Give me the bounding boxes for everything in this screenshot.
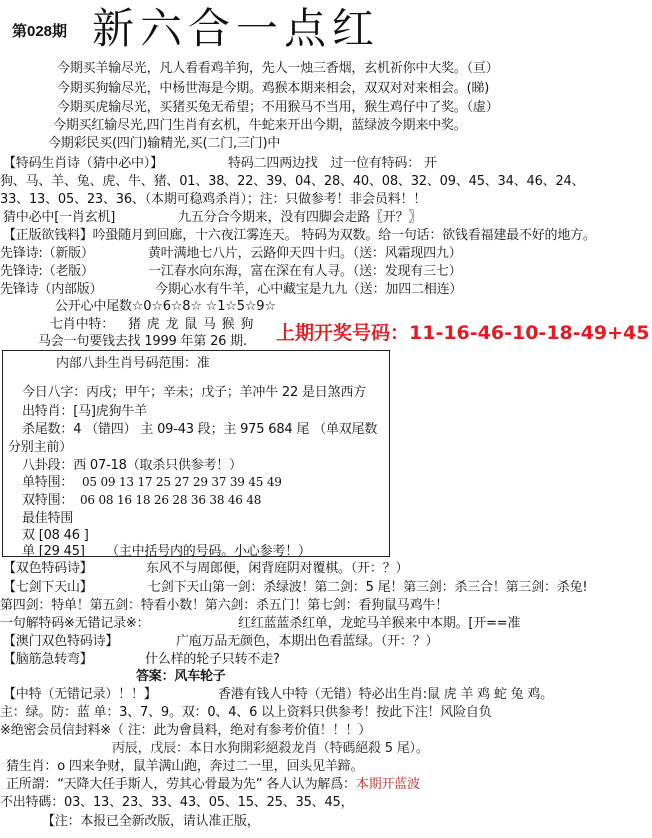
seven-zodiac-label: 七肖中特：	[50, 316, 114, 333]
xianfeng-label: 先锋诗（内部版）	[0, 281, 102, 298]
intro-poem-line: 今期彩民买(四门)输精光,买(二门,三门)中	[48, 135, 280, 152]
riddle-question: 什么样的轮子只转不走?	[145, 651, 280, 668]
intro-poem-line: 今期买羊输尽光，凡人看看鸡羊狗，先人一烛三香烟，玄机祈你中大奖。（亘）	[57, 60, 499, 77]
one-sentence-label: 一句解特码※无错记录※：	[0, 615, 149, 632]
last-draw-label: 上期开奖号码：	[276, 322, 409, 344]
tema-poem-label: 【特码生肖诗（猜中必中）】	[3, 155, 163, 172]
zhongte-label: 【中特（无错记录）！！】	[3, 686, 157, 703]
intro-poem-line: 今期买红输尽光,四门生肖有玄机，牛蛇来开出今期，蓝绿波今期来中奖。	[53, 117, 467, 134]
macau-color-text: 广庖万品无颜色，本期出色看蓝绿。（开：？）	[176, 633, 438, 650]
single-numbers: 05 09 13 17 25 27 29 37 39 45 49	[82, 474, 282, 491]
tema-poem-note: 33、13、05、23、36、（本期可稳鸡杀肖）；注：只做参考！非会员料！！	[0, 191, 426, 208]
last-draw-result: 上期开奖号码：11-16-46-10-18-49+45	[276, 318, 649, 345]
chute-line: 出特肖：[马]虎狗牛羊	[22, 403, 147, 420]
tail-numbers: 公开心中尾数☆0☆6☆8☆ ☆1☆5☆9☆	[55, 298, 276, 315]
horse-line: 马会一句要钱去找 1999 年第 26 期.	[38, 333, 247, 350]
last-draw-numbers: 11-16-46-10-18-49+45	[409, 322, 649, 344]
zhongte-text: 香港有钱人中特（无错）特必出生肖:鼠 虎 羊 鸡 蛇 兔 鸡。	[218, 686, 553, 703]
riddle-answer: 答案：风车轮子	[136, 668, 226, 685]
intro-poem-line: 今期买虎输尽光，买猪买兔无希望；不用猴马不当用，猴生鸡仔中了奖。（虚）	[57, 99, 499, 116]
riddle-label: 【脑筋急转弯】	[3, 651, 93, 668]
single-label: 单特围：	[22, 474, 73, 491]
best-double: 双 [08 46 ]	[22, 527, 89, 544]
zhongte-line2: 主：绿。防：蓝 单：3、7、9。双：0、4、6 以上资料只供参考！按此下注！风险…	[0, 704, 492, 721]
not-out-numbers: 不出特碼：03、13、23、33、43、05、15、25、35、45，	[0, 794, 353, 811]
notice-line: 【注：本报已全新改版，请认准正版，	[42, 813, 260, 830]
one-sentence-text: 红红蓝蓝杀红单，龙蛇马羊猴来中本期。[开==准	[238, 615, 520, 632]
tema-poem-numbers: 狗、马、羊、兔、虎、牛、猪、01、38、22、39、04、28、40、08、32…	[0, 173, 584, 190]
seven-swords-text: 七剑下天山第一剑：杀绿波！第二剑：5 尾！第三剑：杀三合！第三剑：杀兔!	[148, 579, 587, 596]
xianfeng-text: 今期心水有牛羊，心中藏宝是九九（送：加四二相连）	[155, 281, 462, 298]
guess-label: 猜中必中[一肖玄机]	[3, 209, 115, 226]
double-label: 双特围：	[22, 492, 73, 509]
best-note: （主中括号内的号码。小心参考！）	[106, 543, 311, 560]
intro-poem-line: 今期买狗输尽光，中杨世海是今期。鸡猴本期来相会，双双对对来相会。(睇)	[57, 80, 489, 97]
best-single: 单 [29 45]	[22, 543, 85, 560]
saying-line: 正所謂：“天降大任手斯人，劳其心骨最为先” 各人认为解爲：本期开蓝波	[6, 776, 420, 793]
page-title: 新六合一点红	[92, 5, 380, 53]
guess-text: 九五分合今期来，没有四脚会走路〖开？〗	[178, 209, 421, 226]
macau-color-label: 【澳门双色特码诗】	[3, 633, 118, 650]
issue-number: 第028期	[12, 20, 67, 41]
xianfeng-text: 一江春水向东海，富在深在有人寻。（送：发现有三七）	[148, 263, 462, 280]
seven-swords-line2: 第四剑：特单！第五剑：特看小数！第六剑：杀五门！第七剑：看狗鼠马鸡牛！	[0, 597, 448, 614]
best-label: 最佳特围	[22, 510, 73, 527]
tema-poem-text: 特码二四两边找 过一位有特码： 开	[228, 155, 437, 172]
secret-line1: 丙辰，戊辰：本日水狗開彩絕殺龙肖（特碼絕殺 5 尾）。	[112, 740, 429, 757]
seven-swords-label: 【七剑下天山】	[3, 579, 93, 596]
zhengban-line: 【正版欲钱料】吟蛩随月到回廊，十六夜江雾连天。 特码为双数。给一句话：欲钱看福建…	[3, 227, 596, 244]
kill-tail-cont: 分别主前）	[8, 439, 72, 456]
saying-answer: 本期开蓝波	[356, 777, 420, 792]
bagua-seg-line: 八卦段：西 07-18（取杀只供参考！）	[22, 457, 242, 474]
guess-zodiac-line: 猜生肖：o 四来争财，鼠羊满山跑，奔过二一里，回头见羊蹄。	[6, 758, 363, 775]
xianfeng-label: 先锋诗:（新版）	[0, 245, 94, 262]
double-numbers: 06 08 16 18 26 28 36 38 46 48	[80, 492, 261, 509]
xianfeng-label: 先锋诗:（老版）	[0, 263, 94, 280]
xianfeng-text: 黄叶满地七八片，云路仰天四十归。（送：风霜现四九）	[148, 245, 462, 262]
double-color-text: 东风不与周郎便，闲背庭阴对覆棋。（开：？）	[146, 560, 408, 577]
bagua-title: 内部八卦生肖号码范围：准	[56, 355, 210, 372]
double-color-label: 【双色特码诗】	[3, 560, 93, 577]
bazi-line: 今日八字：丙戌；甲午；辛未；戊子；羊冲牛 22 是日煞西方	[22, 384, 366, 401]
saying-prefix: 正所謂：“天降大任手斯人，劳其心骨最为先” 各人认为解爲：	[6, 777, 356, 792]
kill-tail-line: 杀尾数：4 （错四） 主 09-43 段；主 975 684 尾 （单双尾数	[22, 421, 377, 438]
seven-zodiac-text: 猪 虎 龙 鼠 马 猴 狗	[128, 316, 253, 333]
secret-title: ※绝密会员信封料※（ 注：此为會員料，绝对有参考价值！！！）	[0, 722, 371, 739]
